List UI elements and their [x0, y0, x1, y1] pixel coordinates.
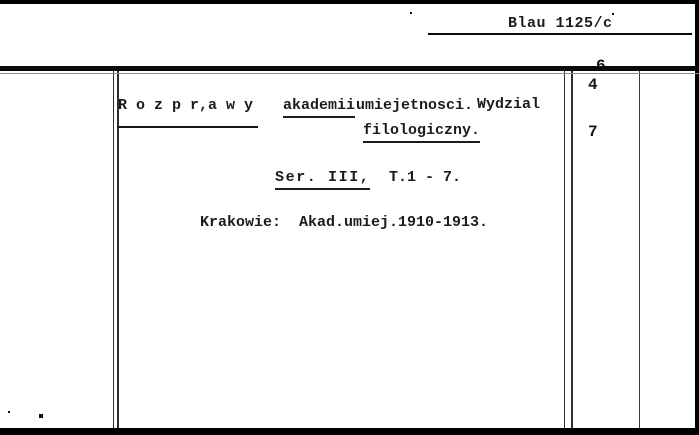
scan-frame-bottom — [0, 428, 699, 435]
catalog-card-scan: Blau 1125/c R o z p r,a w y akademii umi… — [0, 0, 699, 435]
noise-speck — [8, 411, 10, 413]
left-margin-line-outer — [113, 71, 114, 428]
scan-frame-top — [0, 0, 699, 4]
middle-column-line-inner — [571, 71, 573, 428]
call-number: Blau 1125/c — [508, 16, 613, 33]
imprint: Krakowie: Akad.umiej.1910-1913. — [200, 215, 488, 232]
title-institution: akademii — [283, 98, 355, 118]
left-margin-line-inner — [117, 71, 119, 428]
title-department: Wydzial — [477, 97, 540, 114]
right-column-line — [639, 71, 640, 428]
noise-speck — [39, 414, 43, 418]
title-institution-cont: umiejetnosci. — [356, 98, 473, 115]
noise-speck — [612, 13, 614, 15]
title-main-word: R o z p r,a w y — [118, 98, 253, 115]
volume-range: T.1 - 7. — [389, 170, 461, 187]
header-rule-thin — [0, 73, 699, 74]
title-main-word-underline — [117, 126, 258, 128]
header-rule-thick — [0, 66, 699, 71]
margin-number-lower: 7 — [588, 124, 598, 140]
margin-number-upper: 4 — [588, 77, 598, 93]
call-number-underline — [428, 33, 692, 35]
middle-column-line-outer — [564, 71, 565, 428]
noise-speck — [410, 12, 412, 14]
title-department-cont: filologiczny. — [363, 123, 480, 143]
series-statement: Ser. III, — [275, 170, 370, 190]
